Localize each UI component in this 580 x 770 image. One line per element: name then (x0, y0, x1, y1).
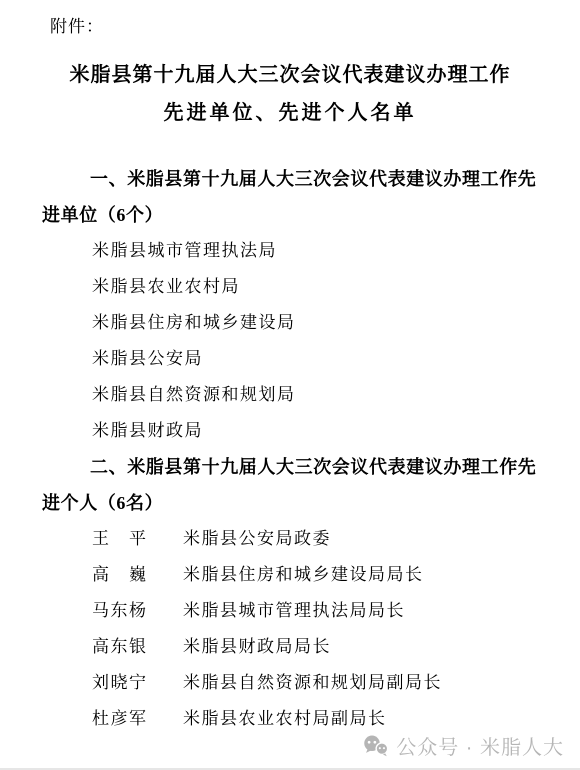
person-row: 王 平米脂县公安局政委 (42, 521, 540, 557)
section-2-heading-line-2: 进个人（6名） (42, 485, 540, 521)
section-1-heading-line-1: 一、米脂县第十九届人大三次会议代表建议办理工作先 (42, 161, 540, 197)
person-title: 米脂县公安局政委 (183, 529, 331, 548)
unit-item: 米脂县住房和城乡建设局 (42, 305, 540, 341)
person-row: 马东杨米脂县城市管理执法局局长 (42, 593, 540, 629)
section-2-heading-line-1: 二、米脂县第十九届人大三次会议代表建议办理工作先 (42, 449, 540, 485)
person-row: 高 巍米脂县住房和城乡建设局局长 (42, 557, 540, 593)
document-title: 米脂县第十九届人大三次会议代表建议办理工作 先进单位、先进个人名单 (0, 56, 580, 132)
person-name: 高东银 (92, 629, 183, 665)
person-name: 王 平 (92, 521, 183, 557)
unit-item: 米脂县自然资源和规划局 (42, 377, 540, 413)
unit-item: 米脂县公安局 (42, 341, 540, 377)
section-2-heading: 二、米脂县第十九届人大三次会议代表建议办理工作先 进个人（6名） (42, 449, 540, 521)
person-name: 高 巍 (92, 557, 183, 593)
person-name: 杜彦军 (92, 701, 183, 737)
document-page: 附件： 米脂县第十九届人大三次会议代表建议办理工作 先进单位、先进个人名单 一、… (0, 0, 580, 770)
person-name: 马东杨 (92, 593, 183, 629)
person-row: 刘晓宁米脂县自然资源和规划局副局长 (42, 665, 540, 701)
person-name: 刘晓宁 (92, 665, 183, 701)
watermark-text: 公众号 · 米脂人大 (396, 731, 564, 760)
title-line-2: 先进单位、先进个人名单 (0, 94, 580, 132)
person-row: 高东银米脂县财政局局长 (42, 629, 540, 665)
person-title: 米脂县财政局局长 (183, 637, 331, 656)
unit-item: 米脂县农业农村局 (42, 269, 540, 305)
person-title: 米脂县农业农村局副局长 (183, 709, 387, 728)
person-title: 米脂县住房和城乡建设局局长 (183, 565, 424, 584)
person-title: 米脂县自然资源和规划局副局长 (183, 673, 442, 692)
attachment-label: 附件： (50, 16, 580, 38)
person-title: 米脂县城市管理执法局局长 (183, 601, 405, 620)
wechat-icon (363, 735, 390, 757)
section-1-heading-line-2: 进单位（6个） (42, 197, 540, 233)
unit-item: 米脂县财政局 (42, 413, 540, 449)
section-1-heading: 一、米脂县第十九届人大三次会议代表建议办理工作先 进单位（6个） (42, 161, 540, 233)
document-body: 一、米脂县第十九届人大三次会议代表建议办理工作先 进单位（6个） 米脂县城市管理… (42, 161, 540, 737)
watermark: 公众号 · 米脂人大 (363, 731, 564, 760)
unit-item: 米脂县城市管理执法局 (42, 233, 540, 269)
title-line-1: 米脂县第十九届人大三次会议代表建议办理工作 (0, 56, 580, 94)
